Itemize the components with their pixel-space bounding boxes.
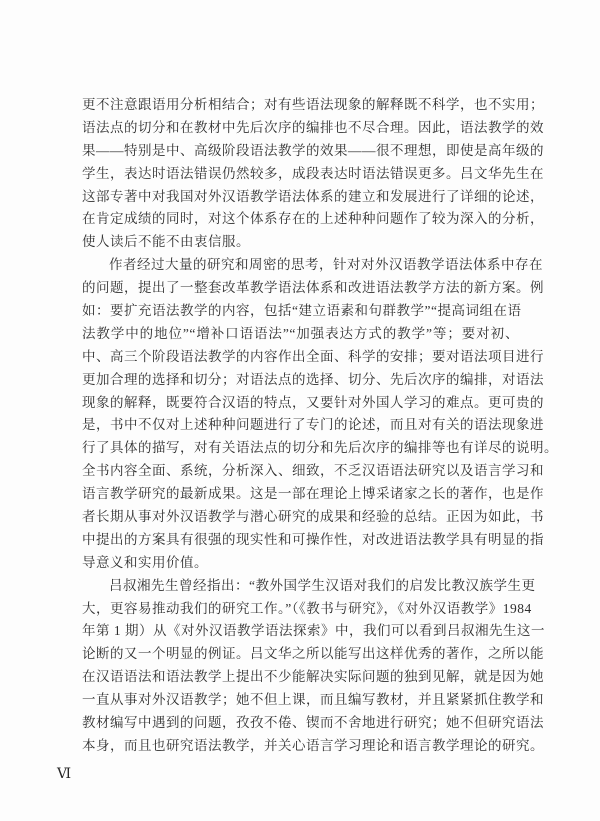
text-line: 者长期从事对外汉语教学与潜心研究的成果和经验的总结。正因为如此，书	[82, 506, 519, 529]
body-text: 更不注意跟语用分析相结合；对有些语法现象的解释既不科学，也不实用；语法点的切分和…	[82, 94, 519, 758]
text-line: 使人读后不能不由衷信服。	[82, 231, 519, 254]
text-line: 更不注意跟语用分析相结合；对有些语法现象的解释既不科学，也不实用；	[82, 94, 519, 117]
text-line: 年第 1 期）从《对外汉语教学语法探索》中，我们可以看到吕叔湘先生这一	[82, 620, 519, 643]
text-line: 现象的解释，既要符合汉语的特点，又要针对外国人学习的难点。更可贵的	[82, 392, 519, 415]
text-line: 在汉语语法和语法教学上提出不少能解决实际问题的独到见解，就是因为她	[82, 666, 519, 689]
text-line: 在肯定成绩的同时，对这个体系存在的上述种种问题作了较为深入的分析，	[82, 208, 519, 231]
text-line: 全书内容全面、系统，分析深入、细致，不乏汉语语法研究以及语言学习和	[82, 460, 519, 483]
text-line: 更加合理的选择和切分；对语法点的选择、切分、先后次序的编排，对语法	[82, 369, 519, 392]
document-page: 更不注意跟语用分析相结合；对有些语法现象的解释既不科学，也不实用；语法点的切分和…	[0, 0, 600, 821]
text-line: 如：要扩充语法教学的内容，包括“建立语素和句群教学”“提高词组在语	[82, 300, 519, 323]
text-line: 中提出的方案具有很强的现实性和可操作性，对改进语法教学具有明显的指	[82, 529, 519, 552]
text-line: 本身，而且也研究语法教学，并关心语言学习理论和语言教学理论的研究。	[82, 735, 519, 758]
text-line: 语法点的切分和在教材中先后次序的编排也不尽合理。因此，语法教学的效	[82, 117, 519, 140]
text-line: 一直从事对外汉语教学；她不但上课，而且编写教材，并且紧紧抓住教学和	[82, 689, 519, 712]
text-line: 学生，表达时语法错误仍然较多，成段表达时语法错误更多。吕文华先生在	[82, 163, 519, 186]
text-line: 这部专著中对我国对外汉语教学语法体系的建立和发展进行了详细的论述，	[82, 186, 519, 209]
text-line: 导意义和实用价值。	[82, 552, 519, 575]
text-line: 教材编写中遇到的问题，孜孜不倦、锲而不舍地进行研究；她不但研究语法	[82, 712, 519, 735]
text-line: 吕叔湘先生曾经指出：“教外国学生汉语对我们的启发比教汉族学生更	[82, 575, 519, 598]
text-line: 中、高三个阶段语法教学的内容作出全面、科学的安排；要对语法项目进行	[82, 346, 519, 369]
text-line: 语言教学研究的最新成果。这是一部在理论上博采诸家之长的著作，也是作	[82, 483, 519, 506]
text-line: 作者经过大量的研究和周密的思考，针对对外汉语教学语法体系中存在	[82, 254, 519, 277]
text-line: 行了具体的描写，对有关语法点的切分和先后次序的编排等也有详尽的说明。	[82, 437, 519, 460]
page-number: Ⅵ	[57, 766, 72, 784]
text-line: 法教学中的地位”“增补口语语法”“加强表达方式的教学”等；要对初、	[82, 323, 519, 346]
text-line: 论断的又一个明显的例证。吕文华之所以能写出这样优秀的著作，之所以能	[82, 643, 519, 666]
text-line: 果——特别是中、高级阶段语法教学的效果——很不理想，即使是高年级的	[82, 140, 519, 163]
text-line: 是，书中不仅对上述种种问题进行了专门的论述，而且对有关的语法现象进	[82, 414, 519, 437]
text-line: 大，更容易推动我们的研究工作。”（《教书与研究》，《对外汉语教学》1984	[82, 598, 519, 621]
text-line: 的问题，提出了一整套改革教学语法体系和改进语法教学方法的新方案。例	[82, 277, 519, 300]
